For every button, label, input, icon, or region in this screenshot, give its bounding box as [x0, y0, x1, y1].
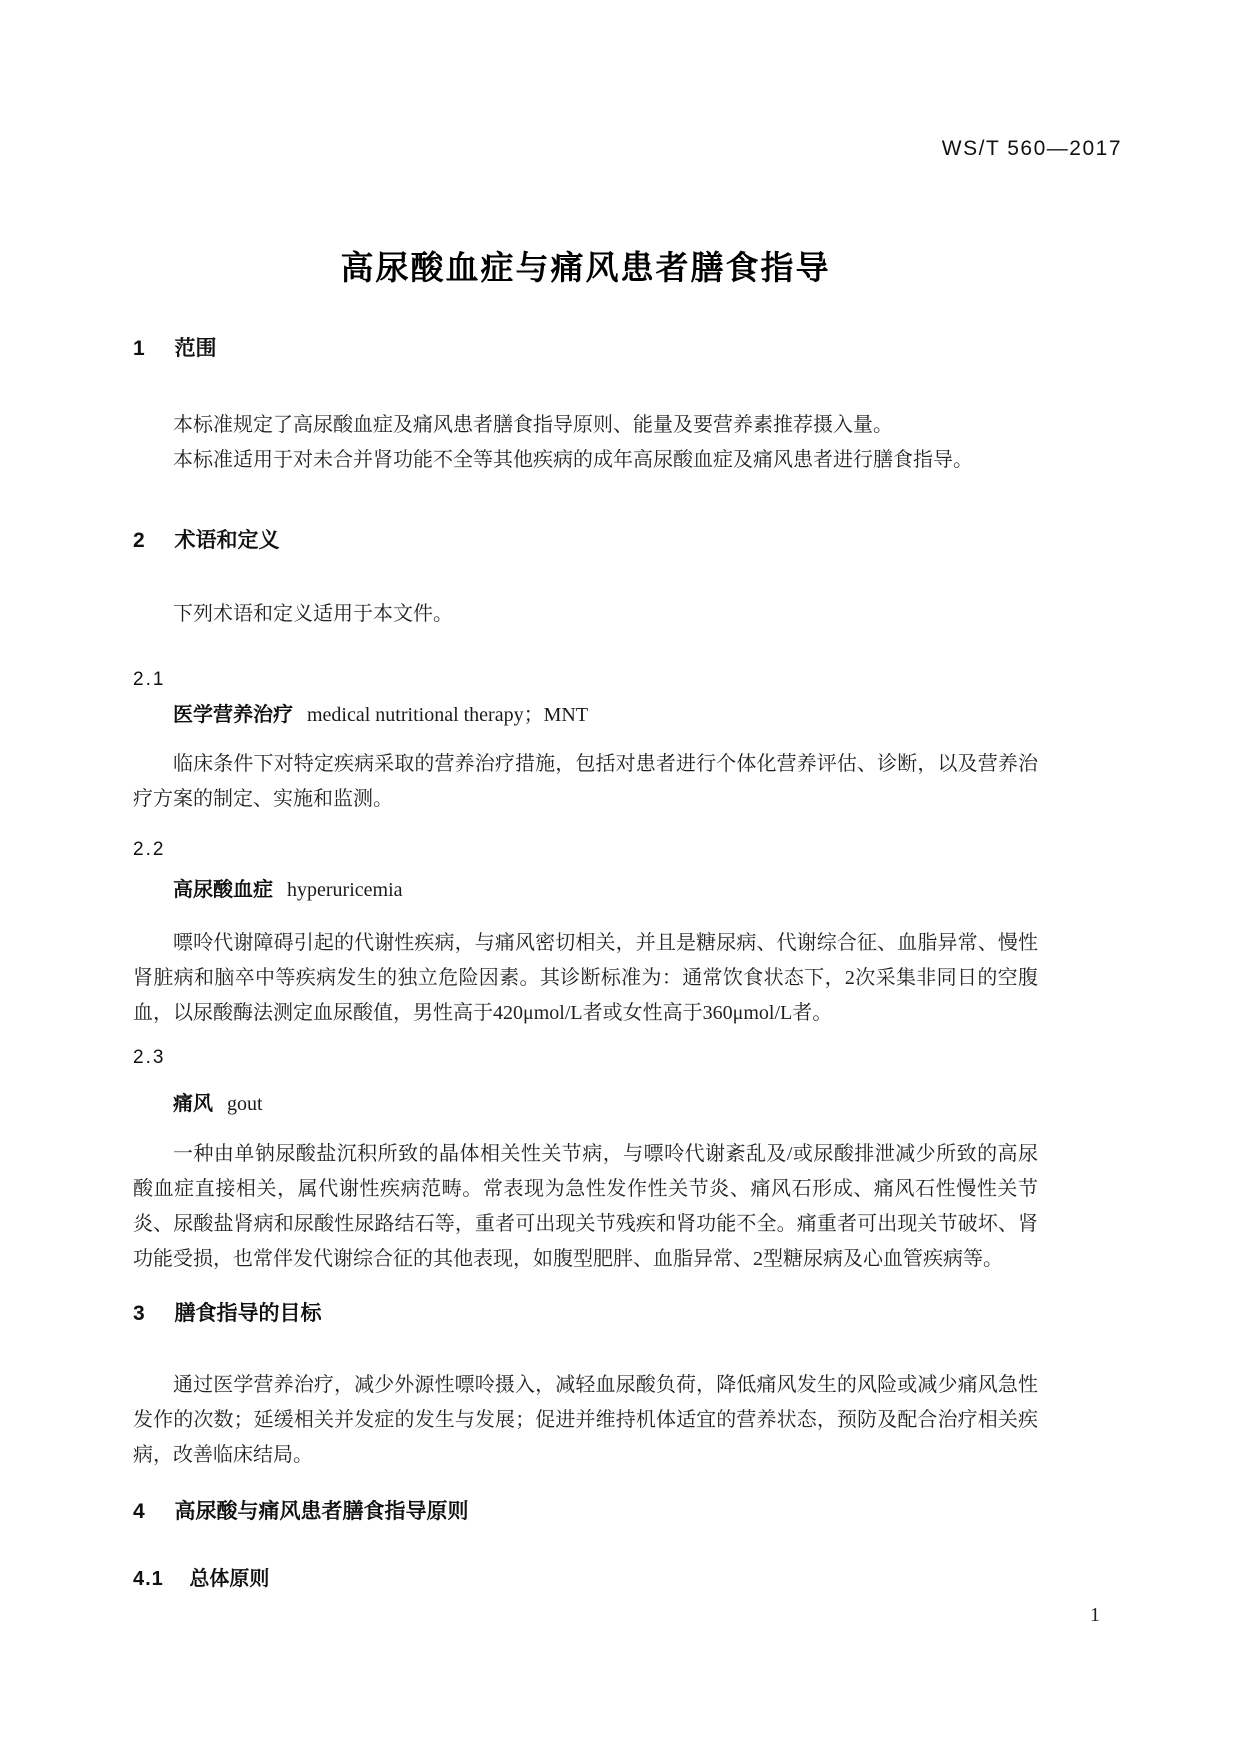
term-name-zh: 医学营养治疗 — [173, 704, 293, 726]
term-name-en: gout — [227, 1093, 263, 1115]
section-number: 3 — [133, 1301, 145, 1327]
clause-number: 2.3 — [133, 1046, 1038, 1070]
paragraph: 本标准适用于对未合并肾功能不全等其他疾病的成年高尿酸血症及痛风患者进行膳食指导。 — [133, 443, 1038, 478]
term-name-zh: 高尿酸血症 — [173, 879, 273, 901]
clause-number: 2.2 — [133, 838, 1038, 862]
section-number: 2 — [133, 528, 145, 554]
clause-number: 2.1 — [133, 668, 1038, 692]
paragraph: 本标准规定了高尿酸血症及痛风患者膳食指导原则、能量及要营养素推荐摄入量。 — [133, 408, 1038, 443]
term-definition: 临床条件下对特定疾病采取的营养治疗措施，包括对患者进行个体化营养评估、诊断，以及… — [133, 747, 1038, 817]
section-title: 高尿酸与痛风患者膳食指导原则 — [175, 1500, 469, 1523]
document-page: WS/T 560—2017 高尿酸血症与痛风患者膳食指导 1 范围 本标准规定了… — [0, 0, 1240, 1754]
section-number: 4 — [133, 1499, 145, 1525]
section-heading-scope: 1 范围 — [133, 336, 1038, 362]
scope-paragraphs: 本标准规定了高尿酸血症及痛风患者膳食指导原则、能量及要营养素推荐摄入量。 本标准… — [133, 408, 1038, 478]
page-number: 1 — [0, 1604, 1100, 1627]
term-definition: 一种由单钠尿酸盐沉积所致的晶体相关性关节病，与嘌呤代谢紊乱及/或尿酸排泄减少所致… — [133, 1137, 1038, 1277]
subsection-title: 总体原则 — [189, 1568, 269, 1590]
term-heading: 医学营养治疗medical nutritional therapy；MNT — [133, 701, 1038, 729]
goal-paragraph: 通过医学营养治疗，减少外源性嘌呤摄入，减轻血尿酸负荷，降低痛风发生的风险或减少痛… — [133, 1368, 1038, 1473]
term-heading: 高尿酸血症hyperuricemia — [133, 876, 1038, 904]
term-definition: 嘌呤代谢障碍引起的代谢性疾病，与痛风密切相关，并且是糖尿病、代谢综合征、血脂异常… — [133, 926, 1038, 1031]
subsection-number: 4.1 — [133, 1566, 164, 1592]
document-title: 高尿酸血症与痛风患者膳食指导 — [133, 242, 1038, 289]
section-title: 范围 — [175, 337, 217, 360]
term-heading: 痛风gout — [133, 1090, 1038, 1118]
section-title: 术语和定义 — [175, 529, 280, 552]
subsection-heading: 4.1 总体原则 — [133, 1566, 1038, 1592]
term-name-zh: 痛风 — [173, 1093, 213, 1115]
section-title: 膳食指导的目标 — [175, 1302, 322, 1325]
standard-number: WS/T 560—2017 — [0, 137, 1122, 161]
section-heading-terms: 2 术语和定义 — [133, 528, 1038, 554]
terms-intro: 下列术语和定义适用于本文件。 — [133, 597, 1038, 632]
section-heading-goal: 3 膳食指导的目标 — [133, 1301, 1038, 1327]
term-name-en: medical nutritional therapy；MNT — [307, 704, 588, 726]
term-name-en: hyperuricemia — [287, 879, 403, 901]
section-heading-principles: 4 高尿酸与痛风患者膳食指导原则 — [133, 1499, 1038, 1525]
section-number: 1 — [133, 336, 145, 362]
